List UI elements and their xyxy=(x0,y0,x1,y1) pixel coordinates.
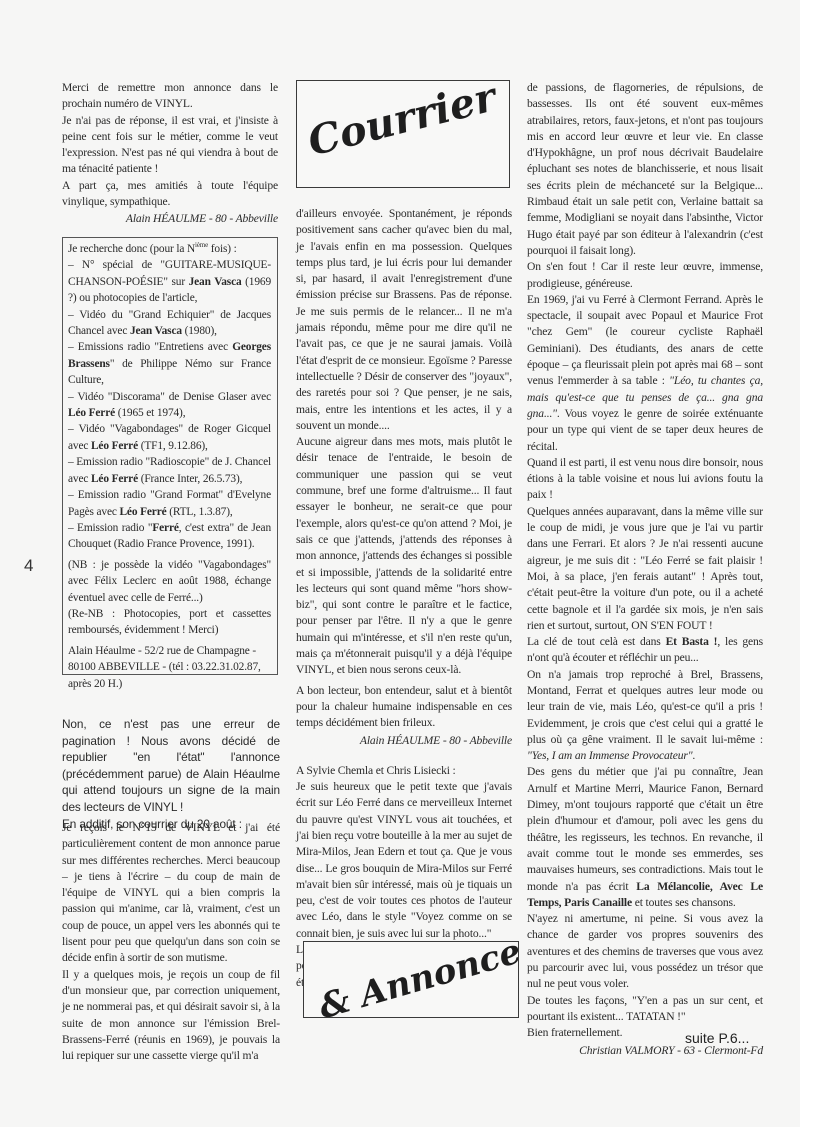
letter-paragraph: De toutes les façons, "Y'en a pas un sur… xyxy=(527,993,763,1026)
ad-address: Alain Héaulme - 52/2 rue de Champagne - … xyxy=(68,643,271,692)
letter-paragraph: Il y a quelques mois, je reçois un coup … xyxy=(62,967,280,1065)
annonces-heading-box: & Annonces xyxy=(303,941,519,1018)
letter-paragraph: Aucune aigreur dans mes mots, mais plutô… xyxy=(296,434,512,678)
ad-note: (Re-NB : Photocopies, port et cassettes … xyxy=(68,606,271,639)
column-1: Merci de remettre mon annonce dans le pr… xyxy=(62,80,278,228)
letter-paragraph: On s'en fout ! Car il reste leur œuvre, … xyxy=(527,259,763,292)
letter-paragraph: A part ça, mes amitiés à toute l'équipe … xyxy=(62,178,278,211)
signature: Alain HÉAULME - 80 - Abbeville xyxy=(62,211,278,227)
letter-paragraph: Je suis heureux que le petit texte que j… xyxy=(296,779,512,942)
ad-item: – Vidéo du "Grand Echiquier" de Jacques … xyxy=(68,307,271,340)
letter-paragraph: Des gens du métier que j'ai pu connaître… xyxy=(527,764,763,911)
courrier-heading-box: Courrier xyxy=(296,80,510,188)
ad-item: – N° spécial de "GUITARE-MUSIQUE-CHANSON… xyxy=(68,257,271,306)
annonces-heading: & Annonces xyxy=(314,941,519,1018)
editor-note: Non, ce n'est pas une erreur de paginati… xyxy=(62,716,280,832)
editor-note-paragraph: Non, ce n'est pas une erreur de paginati… xyxy=(62,716,280,816)
continued-on-page: suite P.6... xyxy=(685,1030,749,1046)
column-3: de passions, de flagorneries, de répulsi… xyxy=(527,80,763,1059)
column-2: d'ailleurs envoyée. Spontanément, je rép… xyxy=(296,206,512,991)
ad-item: – Emissions radio "Entretiens avec Georg… xyxy=(68,339,271,388)
letter-paragraph: On n'a jamais trop reproché à Brel, Bras… xyxy=(527,667,763,765)
letter-paragraph: Quand il est parti, il est venu nous dir… xyxy=(527,455,763,504)
letter-paragraph: Quelques années auparavant, dans la même… xyxy=(527,504,763,634)
classified-ad-content: Je recherche donc (pour la Nième fois) :… xyxy=(68,241,271,692)
courrier-heading: Courrier xyxy=(303,80,500,165)
ad-note: (NB : je possède la vidéo "Vagabondages"… xyxy=(68,557,271,606)
letter-paragraph: En 1969, j'ai vu Ferré à Clermont Ferran… xyxy=(527,292,763,455)
letter-paragraph: N'ayez ni amertume, ni peine. Si vous av… xyxy=(527,911,763,992)
letter-paragraph: A bon lecteur, bon entendeur, salut et à… xyxy=(296,683,512,732)
ad-intro: Je recherche donc (pour la Nième fois) : xyxy=(68,241,271,257)
signature: Alain HÉAULME - 80 - Abbeville xyxy=(296,733,512,749)
ad-item: – Vidéo "Vagabondages" de Roger Gicquel … xyxy=(68,421,271,454)
ad-item: – Emission radio "Radioscopie" de J. Cha… xyxy=(68,454,271,487)
ad-item: – Emission radio "Ferré, c'est extra" de… xyxy=(68,520,271,553)
letter-paragraph: Je reçois le N°15 de VINYL et j'ai été p… xyxy=(62,820,280,967)
page-number: 4 xyxy=(24,556,33,576)
letter-paragraph: Merci de remettre mon annonce dans le pr… xyxy=(62,80,278,113)
ad-item: – Emission radio "Grand Format" d'Evelyn… xyxy=(68,487,271,520)
letter-paragraph: d'ailleurs envoyée. Spontanément, je rép… xyxy=(296,206,512,434)
page-edge xyxy=(800,0,818,1127)
letter-paragraph: La clé de tout celà est dans Et Basta !,… xyxy=(527,634,763,667)
column-1-letter: Je reçois le N°15 de VINYL et j'ai été p… xyxy=(62,820,280,1064)
ad-item: – Vidéo "Discorama" de Denise Glaser ave… xyxy=(68,389,271,422)
letter-salutation: A Sylvie Chemla et Chris Lisiecki : xyxy=(296,763,512,779)
letter-paragraph: de passions, de flagorneries, de répulsi… xyxy=(527,80,763,259)
letter-paragraph: Je n'ai pas de réponse, il est vrai, et … xyxy=(62,113,278,178)
